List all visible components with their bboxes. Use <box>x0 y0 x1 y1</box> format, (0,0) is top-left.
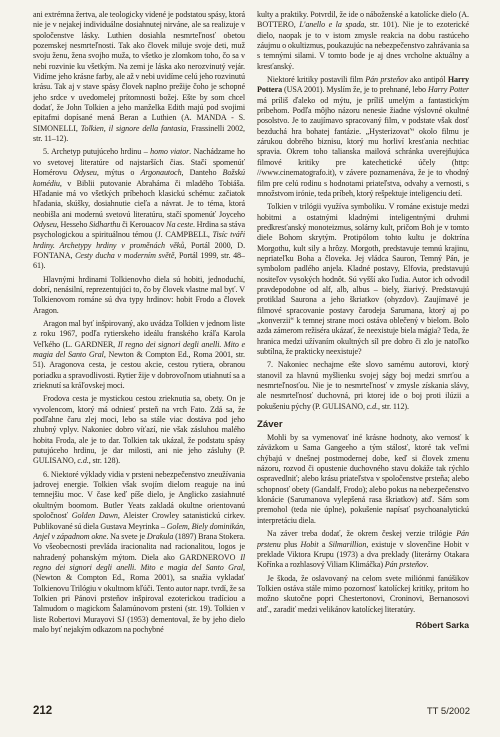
author-signature: Róbert Sarka <box>257 620 469 630</box>
paragraph: Na záver treba dodať, že okrem českej ve… <box>257 529 469 570</box>
journal-page: ani extrémna žertva, ale teologicky vide… <box>0 0 500 737</box>
paragraph: Niektoré kritiky postavili film Pán prst… <box>257 75 469 199</box>
column-right: kulty a praktiky. Potvrdil, že ide o náb… <box>257 10 469 692</box>
paragraph: kulty a praktiky. Potvrdil, že ide o náb… <box>257 10 469 72</box>
paragraph: Mohli by sa vymenovať iné krásne hodnoty… <box>257 433 469 526</box>
paragraph: ani extrémna žertva, ale teologicky vide… <box>33 10 245 144</box>
paragraph: Frodova cesta je mystickou cestou zriekn… <box>33 394 245 466</box>
paragraph: Aragon mal byť inšpirovaný, ako uvádza T… <box>33 319 245 391</box>
page-footer: 212 TT 5/2002 <box>33 705 470 717</box>
section-heading: Záver <box>257 419 469 430</box>
column-left: ani extrémna žertva, ale teologicky vide… <box>33 10 245 692</box>
page-number: 212 <box>33 705 52 717</box>
journal-issue-ref: TT 5/2002 <box>427 706 470 717</box>
paragraph: 5. Archetyp putujúceho hrdinu – homo via… <box>33 147 245 271</box>
paragraph: Tolkien v trilógii využíva symboliku. V … <box>257 202 469 357</box>
page-body: ani extrémna žertva, ale teologicky vide… <box>33 10 469 692</box>
paragraph: 7. Nakoniec nechajme ešte slovo samému a… <box>257 360 469 412</box>
paragraph: Hlavnými hrdinami Tolkienovho diela sú h… <box>33 275 245 316</box>
paragraph: Je škoda, že oslavovaný na celom svete m… <box>257 574 469 615</box>
paragraph: 6. Niektoré výklady vidia v prsteni nebe… <box>33 470 245 636</box>
